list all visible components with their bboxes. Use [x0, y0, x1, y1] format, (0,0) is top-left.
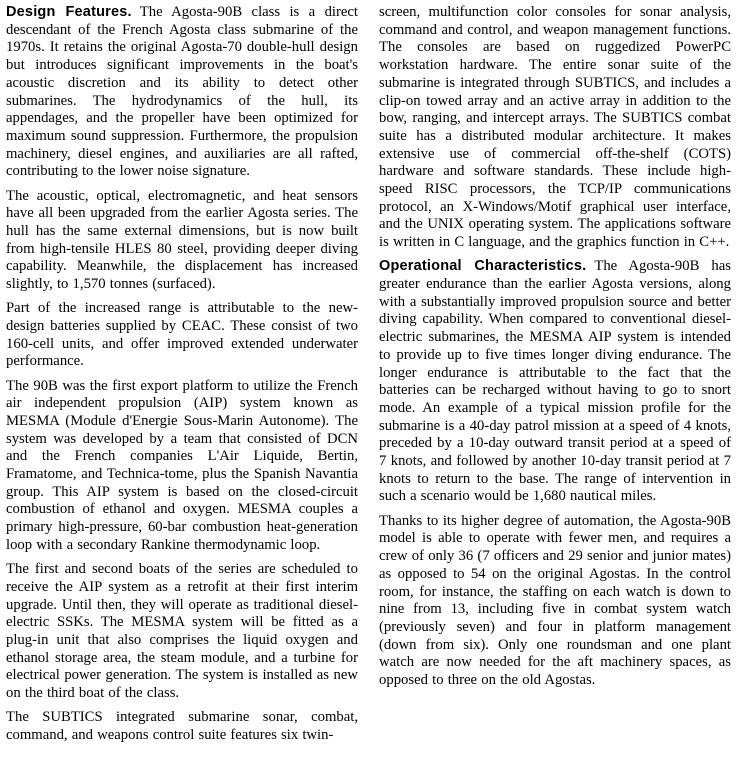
paragraph: Thanks to its higher degree of automatio…	[379, 513, 731, 690]
paragraph-operational-characteristics: Operational Characteristics.The Agosta-9…	[379, 258, 731, 506]
paragraph-text: The 90B was the first export platform to…	[6, 378, 358, 553]
document-page: Design Features.The Agosta-90B class is …	[0, 0, 743, 778]
paragraph: The first and second boats of the series…	[6, 561, 358, 703]
paragraph-text: The first and second boats of the series…	[6, 561, 358, 701]
paragraph: screen, multifunction color consoles for…	[379, 4, 731, 252]
paragraph-text: Thanks to its higher degree of automatio…	[379, 513, 731, 688]
left-column: Design Features.The Agosta-90B class is …	[6, 4, 358, 778]
paragraph-design-features: Design Features.The Agosta-90B class is …	[6, 4, 358, 181]
paragraph: The SUBTICS integrated submarine sonar, …	[6, 709, 358, 744]
paragraph: The acoustic, optical, electromagnetic, …	[6, 188, 358, 294]
paragraph: The 90B was the first export platform to…	[6, 378, 358, 555]
paragraph-text: Part of the increased range is attributa…	[6, 300, 358, 369]
paragraph-text: The acoustic, optical, electromagnetic, …	[6, 188, 358, 293]
section-heading-design-features: Design Features.	[6, 4, 132, 20]
paragraph: Part of the increased range is attributa…	[6, 300, 358, 371]
paragraph-text: The Agosta-90B has greater endurance tha…	[379, 258, 731, 504]
paragraph-text: The Agosta-90B class is a direct descend…	[6, 4, 358, 179]
paragraph-text: The SUBTICS integrated submarine sonar, …	[6, 709, 358, 743]
paragraph-text: screen, multifunction color consoles for…	[379, 4, 731, 250]
section-heading-operational-characteristics: Operational Characteristics.	[379, 258, 586, 274]
right-column: screen, multifunction color consoles for…	[379, 4, 731, 778]
